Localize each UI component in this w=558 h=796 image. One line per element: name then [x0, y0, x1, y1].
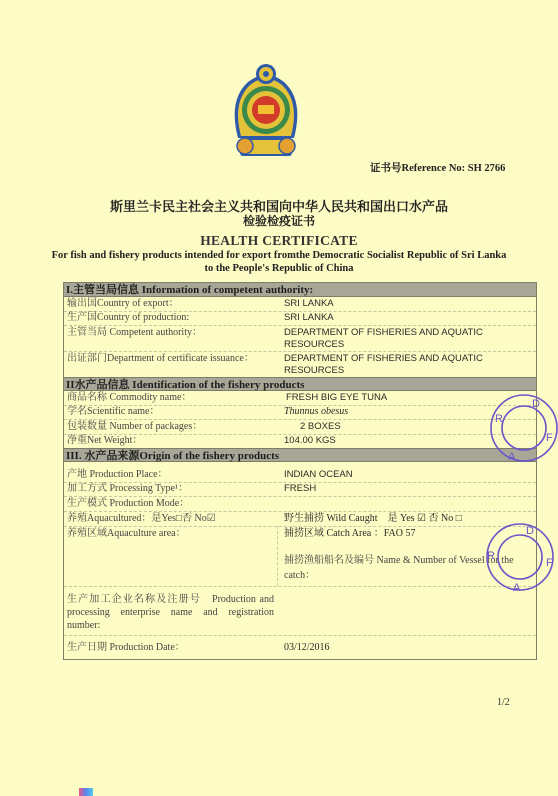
value: INDIAN OCEAN: [284, 469, 353, 481]
sri-lanka-emblem-icon: [228, 60, 304, 158]
svg-text:A: A: [513, 582, 521, 593]
production-date: 03/12/2016: [284, 642, 330, 654]
label: 商品名称 Commodity name：: [67, 392, 191, 404]
label: 生产国Country of production:: [67, 312, 189, 324]
wild-caught-checkbox-label: 野生捕捞 Wild Caught 是 Yes ☑ 否 No □: [284, 513, 462, 525]
value: Thunnus obesus: [284, 406, 348, 418]
value: SRI LANKA: [284, 312, 334, 324]
svg-text:F: F: [546, 432, 553, 444]
value: 2 BOXES: [300, 421, 341, 433]
value-cont: RESOURCES: [284, 365, 344, 377]
svg-text:D: D: [526, 525, 534, 537]
document-title: HEALTH CERTIFICATE: [0, 233, 558, 249]
label: 养殖区域Aquaculture area：: [67, 528, 186, 540]
subtitle-line2: to the People's Republic of China: [0, 263, 558, 274]
section-heading-identification: II水产品信息 Identification of the fishery pr…: [64, 377, 536, 391]
subtitle-line1: For fish and fishery products intended f…: [0, 250, 558, 261]
value: SRI LANKA: [284, 298, 334, 310]
value: FRESH: [284, 483, 316, 495]
enterprise-label: 生产加工企业名称及注册号 Production and processing e…: [67, 593, 274, 632]
section-heading-authority: I.主管当局信息 Information of competent author…: [64, 283, 536, 297]
label: 学名Scientific name：: [67, 406, 159, 418]
label: 加工方式 Processing Type¹：: [67, 483, 188, 495]
label: 包装数量 Number of packages：: [67, 421, 202, 433]
cn-title-line2: 检验检疫证书: [0, 212, 558, 229]
page-number: 1/2: [497, 697, 510, 708]
label: 生产日期 Production Date：: [67, 642, 185, 654]
value-cont: RESOURCES: [284, 339, 344, 351]
value: DEPARTMENT OF FISHERIES AND AQUATIC: [284, 327, 483, 339]
svg-text:R: R: [487, 550, 495, 562]
certificate-table: I.主管当局信息 Information of competent author…: [63, 282, 537, 660]
svg-text:D: D: [532, 398, 540, 410]
value: 104.00 KGS: [284, 435, 336, 447]
stamp-icon: D F A R: [488, 392, 558, 464]
label: 输出国Country of export：: [67, 298, 179, 310]
aquacultured-checkbox-label: 养殖Aquacultured：是Yes□否 No☑: [67, 513, 216, 525]
label: 生产模式 Production Mode：: [67, 498, 189, 510]
reference-number: 证书号Reference No: SH 2766: [370, 160, 505, 175]
label: 净重Net Weight：: [67, 435, 142, 447]
stamp-icon: D F A R: [484, 521, 556, 593]
section-heading-origin: III. 水产品来源Origin of the fishery products: [64, 448, 536, 462]
label: 产地 Production Place：: [67, 469, 168, 481]
color-marker: [79, 788, 93, 796]
catch-area: 捕捞区域 Catch Area ：FAO 57: [284, 528, 415, 540]
value: FRESH BIG EYE TUNA: [286, 392, 387, 404]
svg-text:A: A: [508, 451, 516, 463]
svg-text:F: F: [546, 557, 553, 569]
label: 主管当局 Competent authority：: [67, 327, 202, 339]
svg-text:R: R: [495, 413, 503, 425]
label: 出证部门Department of certificate issuance：: [67, 353, 254, 365]
value: DEPARTMENT OF FISHERIES AND AQUATIC: [284, 353, 483, 365]
